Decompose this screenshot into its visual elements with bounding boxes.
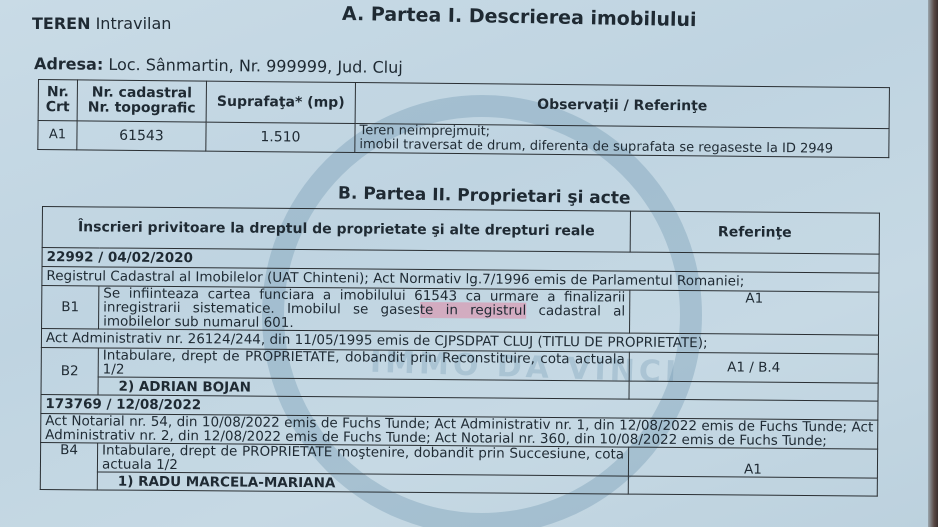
- address: Adresa: Loc. Sânmartin, Nr. 999999, Jud.…: [34, 54, 403, 77]
- col-cadastral: Nr. cadastral Nr. topografic: [77, 80, 206, 122]
- observatii-line-2: imobil traversat de drum, diferenta de s…: [359, 138, 884, 157]
- table-row: B1 Se infiinteaza cartea funciara a imob…: [42, 286, 879, 336]
- entry-code: B1: [42, 286, 99, 329]
- entry-ref: A1: [630, 290, 879, 335]
- owner-name: 1) RADU MARCELA-MARIANA: [97, 472, 628, 494]
- col-inscrieri: Înscrieri privitoare la dreptul de propr…: [42, 207, 630, 253]
- part-a-table: Nr. Crt Nr. cadastral Nr. topografic Sup…: [37, 79, 890, 158]
- highlighted-text: te in registrul: [420, 302, 527, 319]
- entry-ref: A1 / B.4: [629, 352, 878, 383]
- part-a-title: A. Partea I. Descrierea imobilului: [342, 3, 697, 31]
- land-type-bold: TEREN: [32, 14, 90, 33]
- entry-text: Intabulare, drept de PROPRIETATE, doband…: [98, 348, 629, 381]
- empty-cell: [629, 381, 878, 401]
- entry-code: B4: [40, 442, 97, 489]
- col-nr-crt: Nr. Crt: [38, 80, 77, 121]
- cell-observatii: Teren neimprejmuit; imobil traversat de …: [355, 124, 889, 158]
- address-label: Adresa:: [34, 54, 103, 74]
- part-b-header-row: Înscrieri privitoare la dreptul de propr…: [42, 207, 879, 255]
- col-observatii: Observaţii / Referinţe: [355, 83, 889, 129]
- cell-suprafata: 1.510: [206, 122, 355, 152]
- entry-text: Intabulare, drept de PROPRIETATE moşteni…: [97, 443, 628, 476]
- col-referinte: Referinţe: [630, 211, 879, 254]
- col-suprafata: Suprafaţa* (mp): [206, 81, 355, 123]
- entry-ref: A1: [628, 447, 877, 478]
- address-value: Loc. Sânmartin, Nr. 999999, Jud. Cluj: [108, 55, 403, 77]
- cell-nr-crt: A1: [38, 121, 77, 150]
- cell-cadastral: 61543: [77, 121, 206, 151]
- entry-code: B2: [41, 347, 98, 394]
- part-b-title: B. Partea II. Proprietari şi acte: [338, 183, 631, 208]
- part-b-table: Înscrieri privitoare la dreptul de propr…: [40, 206, 880, 497]
- empty-cell: [628, 476, 877, 496]
- land-type-rest: Intravilan: [96, 14, 172, 33]
- entry-text: Se infiinteaza cartea funciara a imobilu…: [99, 286, 630, 333]
- page-edge: [928, 0, 938, 527]
- land-type: TEREN Intravilan: [32, 14, 171, 33]
